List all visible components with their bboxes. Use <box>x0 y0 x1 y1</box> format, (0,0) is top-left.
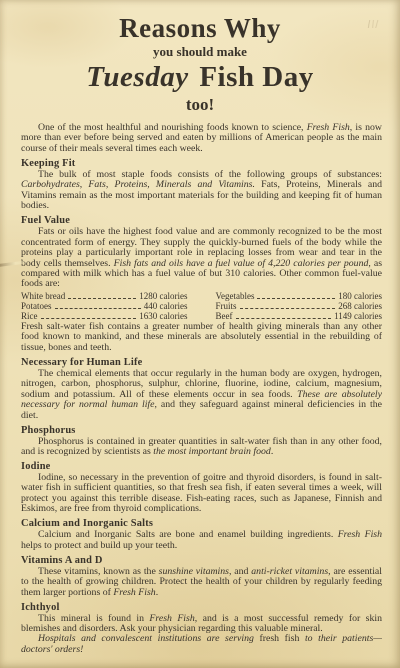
section-heading: Ichthyol <box>21 602 382 613</box>
paragraph: Calcium and Inorganic Salts are bone and… <box>21 530 382 551</box>
fuel-label: Vegetables <box>216 291 255 301</box>
text-segment: Fresh Fish <box>113 587 155 598</box>
fuel-leader-dashes <box>41 311 137 319</box>
fuel-label: Beef <box>216 311 233 321</box>
fuel-value: 180 calories <box>338 291 382 301</box>
fuel-leader-dashes <box>236 311 332 319</box>
section-heading: Vitamins A and D <box>21 555 382 566</box>
text-segment: Fish fats and oils have a fuel value of … <box>114 258 369 269</box>
title-reasons-why: Reasons Why <box>0 14 400 42</box>
fuel-row: Potatoes440 calories <box>21 301 188 311</box>
text-segment: One of the most healthful and nourishing… <box>38 122 307 133</box>
title-you-should-make: you should make <box>0 45 400 59</box>
fuel-row: Fruits268 calories <box>216 301 383 311</box>
fuel-value: 1149 calories <box>334 311 382 321</box>
fuel-value: 268 calories <box>338 301 382 311</box>
fuel-leader-dashes <box>68 291 136 299</box>
paragraph: One of the most healthful and nourishing… <box>21 123 382 154</box>
section-heading: Fuel Value <box>21 215 382 226</box>
title-tuesday-fish-day: Tuesday Fish Day <box>0 62 400 92</box>
fuel-leader-dashes <box>240 301 336 309</box>
text-segment: . <box>156 587 158 598</box>
text-segment: Hospitals and convalescent institutions … <box>38 633 259 644</box>
pamphlet-page: Reasons Why you should make Tuesday Fish… <box>0 0 400 668</box>
text-segment: Carbohydrates, Fats, Proteins, Minerals … <box>21 179 255 190</box>
fuel-leader-dashes <box>257 291 335 299</box>
section-heading: Necessary for Human Life <box>21 357 382 368</box>
text-segment: These vitamins, known as the <box>38 566 159 577</box>
paragraph: Hospitals and convalescent institutions … <box>21 634 382 655</box>
fuel-label: Potatoes <box>21 301 52 311</box>
section-heading: Keeping Fit <box>21 158 382 169</box>
paragraph: The chemical elements that occur regular… <box>21 369 382 421</box>
text-segment: The bulk of most staple foods consists o… <box>38 169 382 180</box>
text-segment: fresh fish <box>259 633 304 644</box>
section-heading: Phosphorus <box>21 425 382 436</box>
fuel-value: 440 calories <box>144 301 188 311</box>
fuel-leader-dashes <box>55 301 141 309</box>
fuel-value: 1630 calories <box>139 311 187 321</box>
section-heading: Iodine <box>21 461 382 472</box>
paragraph: These vitamins, known as the sunshine vi… <box>21 567 382 598</box>
fuel-label: Rice <box>21 311 38 321</box>
fuel-label: White bread <box>21 291 65 301</box>
title-block: Reasons Why you should make Tuesday Fish… <box>0 0 400 114</box>
fuel-label: Fruits <box>216 301 237 311</box>
section-heading: Calcium and Inorganic Salts <box>21 518 382 529</box>
text-segment: . <box>271 446 273 457</box>
text-segment: the most important brain food <box>153 446 271 457</box>
fuel-row: Vegetables180 calories <box>216 291 383 301</box>
text-segment: , and <box>229 566 251 577</box>
title-too: too! <box>0 96 400 114</box>
fuel-value-table: White bread1280 caloriesPotatoes440 calo… <box>21 291 382 321</box>
text-segment: Fresh Fish <box>149 613 194 624</box>
fuel-column: Vegetables180 caloriesFruits268 calories… <box>216 291 383 321</box>
fuel-row: White bread1280 calories <box>21 291 188 301</box>
fuel-row: Rice1630 calories <box>21 311 188 321</box>
text-segment: This mineral is found in <box>38 613 149 624</box>
text-segment: Fresh Fish <box>307 122 350 133</box>
text-segment: helps to protect and build up your teeth… <box>21 540 177 551</box>
text-segment: Fresh salt-water fish contains a greater… <box>21 321 382 353</box>
text-segment: sunshine vitamins <box>159 566 229 577</box>
title-tuesday-italic: Tuesday <box>86 61 191 93</box>
paragraph: The bulk of most staple foods consists o… <box>21 170 382 212</box>
paragraph: Phosphorus is contained in greater quant… <box>21 437 382 458</box>
fuel-column: White bread1280 caloriesPotatoes440 calo… <box>21 291 188 321</box>
paragraph: Iodine, so necessary in the prevention o… <box>21 473 382 515</box>
text-segment: Fresh Fish <box>338 529 382 540</box>
text-segment: Iodine, so necessary in the prevention o… <box>21 472 382 514</box>
text-segment: anti-ricket vitamins <box>251 566 328 577</box>
fuel-row: Beef1149 calories <box>216 311 383 321</box>
paragraph: Fats or oils have the highest food value… <box>21 227 382 290</box>
document-body: One of the most healthful and nourishing… <box>0 123 400 655</box>
paragraph: This mineral is found in Fresh Fish, and… <box>21 614 382 635</box>
paragraph: Fresh salt-water fish contains a greater… <box>21 322 382 353</box>
text-segment: Calcium and Inorganic Salts are bone and… <box>38 529 338 540</box>
fuel-value: 1280 calories <box>139 291 187 301</box>
title-fish-day: Fish Day <box>192 61 314 93</box>
